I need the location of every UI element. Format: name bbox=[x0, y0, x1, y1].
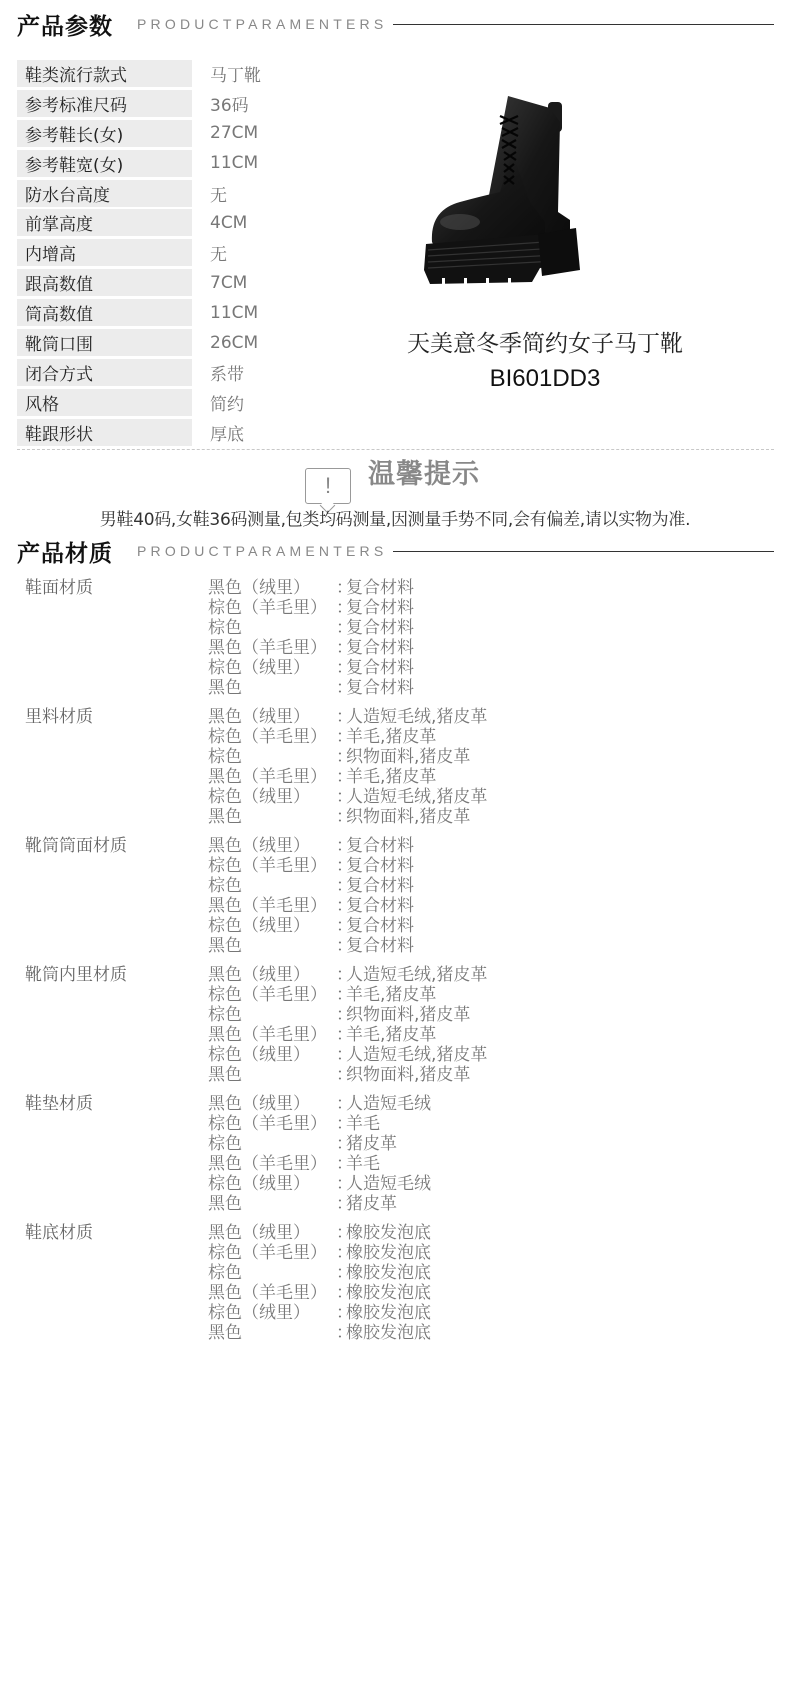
material-colon: ： bbox=[336, 767, 346, 787]
material-line: 黑色（羊毛里）：羊毛,猪皮革 bbox=[208, 1025, 487, 1045]
material-line: 黑色（羊毛里）：复合材料 bbox=[208, 638, 414, 658]
material-colon: ： bbox=[336, 1303, 346, 1323]
material-value: 人造短毛绒,猪皮革 bbox=[346, 965, 487, 985]
material-colon: ： bbox=[336, 1154, 346, 1174]
material-line: 棕色（羊毛里）：橡胶发泡底 bbox=[208, 1243, 431, 1263]
material-value: 复合材料 bbox=[346, 836, 414, 856]
material-colon: ： bbox=[336, 638, 346, 658]
material-variant: 棕色（绒里） bbox=[208, 1174, 336, 1194]
material-variant: 棕色 bbox=[208, 747, 336, 767]
material-variant: 棕色（羊毛里） bbox=[208, 1114, 336, 1134]
material-colon: ： bbox=[336, 836, 346, 856]
param-value: 26CM bbox=[210, 333, 258, 353]
header-rule bbox=[393, 551, 774, 552]
material-variant: 黑色（绒里） bbox=[208, 707, 336, 727]
material-variant: 棕色（绒里） bbox=[208, 1303, 336, 1323]
material-value: 复合材料 bbox=[346, 598, 414, 618]
param-label: 参考鞋宽(女) bbox=[17, 150, 192, 177]
material-variant: 黑色（绒里） bbox=[208, 578, 336, 598]
material-variant: 棕色（羊毛里） bbox=[208, 856, 336, 876]
material-variant: 棕色（羊毛里） bbox=[208, 598, 336, 618]
material-line: 棕色（绒里）：橡胶发泡底 bbox=[208, 1303, 431, 1323]
material-variant: 棕色 bbox=[208, 1005, 336, 1025]
material-variant: 棕色 bbox=[208, 1134, 336, 1154]
material-colon: ： bbox=[336, 1174, 346, 1194]
material-value: 复合材料 bbox=[346, 678, 414, 698]
material-variant: 黑色（绒里） bbox=[208, 1223, 336, 1243]
material-variant: 棕色 bbox=[208, 876, 336, 896]
material-value: 人造短毛绒,猪皮革 bbox=[346, 707, 487, 727]
params-table: 鞋类流行款式马丁靴参考标准尺码36码参考鞋长(女)27CM参考鞋宽(女)11CM… bbox=[17, 60, 317, 449]
material-colon: ： bbox=[336, 727, 346, 747]
param-label: 鞋跟形状 bbox=[17, 419, 192, 446]
material-label: 靴筒筒面材质 bbox=[25, 836, 208, 956]
material-colon: ： bbox=[336, 985, 346, 1005]
material-value: 复合材料 bbox=[346, 658, 414, 678]
material-value: 人造短毛绒 bbox=[346, 1094, 431, 1114]
material-variant: 黑色（绒里） bbox=[208, 1094, 336, 1114]
material-variant: 黑色（羊毛里） bbox=[208, 767, 336, 787]
material-value: 羊毛,猪皮革 bbox=[346, 767, 436, 787]
material-group: 鞋垫材质黑色（绒里）：人造短毛绒棕色（羊毛里）：羊毛棕色：猪皮革黑色（羊毛里）：… bbox=[25, 1094, 765, 1214]
material-value: 复合材料 bbox=[346, 936, 414, 956]
material-line: 棕色：橡胶发泡底 bbox=[208, 1263, 431, 1283]
material-colon: ： bbox=[336, 856, 346, 876]
material-colon: ： bbox=[336, 965, 346, 985]
material-line: 棕色（羊毛里）：羊毛,猪皮革 bbox=[208, 985, 487, 1005]
param-label: 风格 bbox=[17, 389, 192, 416]
product-code: BI601DD3 bbox=[380, 365, 710, 393]
material-variant: 棕色（羊毛里） bbox=[208, 727, 336, 747]
param-row: 筒高数值11CM bbox=[17, 299, 317, 326]
material-colon: ： bbox=[336, 747, 346, 767]
header-rule bbox=[393, 24, 774, 25]
material-lines: 黑色（绒里）：人造短毛绒,猪皮革棕色（羊毛里）：羊毛,猪皮革棕色：织物面料,猪皮… bbox=[208, 707, 487, 827]
material-colon: ： bbox=[336, 1134, 346, 1154]
material-line: 黑色（绒里）：橡胶发泡底 bbox=[208, 1223, 431, 1243]
material-value: 织物面料,猪皮革 bbox=[346, 1065, 470, 1085]
material-line: 黑色：复合材料 bbox=[208, 678, 414, 698]
materials-section-header: 产品材质 PRODUCTPARAMENTERS bbox=[17, 531, 774, 571]
exclamation-mark: ! bbox=[306, 473, 350, 499]
param-row: 参考鞋长(女)27CM bbox=[17, 120, 317, 147]
material-variant: 棕色（绒里） bbox=[208, 1045, 336, 1065]
boot-icon bbox=[420, 92, 610, 292]
product-name: 天美意冬季简约女子马丁靴 bbox=[380, 325, 710, 358]
material-line: 黑色（绒里）：复合材料 bbox=[208, 578, 414, 598]
material-colon: ： bbox=[336, 1065, 346, 1085]
material-lines: 黑色（绒里）：复合材料棕色（羊毛里）：复合材料棕色：复合材料黑色（羊毛里）：复合… bbox=[208, 836, 414, 956]
material-line: 棕色（羊毛里）：羊毛 bbox=[208, 1114, 431, 1134]
material-value: 猪皮革 bbox=[346, 1194, 397, 1214]
param-label: 参考标准尺码 bbox=[17, 90, 192, 117]
material-value: 织物面料,猪皮革 bbox=[346, 1005, 470, 1025]
tip-text: 男鞋40码,女鞋36码测量,包类均码测量,因测量手势不同,会有偏差,请以实物为准… bbox=[0, 505, 790, 530]
materials-section-subtitle: PRODUCTPARAMENTERS bbox=[137, 543, 387, 559]
dashed-divider bbox=[17, 449, 774, 450]
material-group: 里料材质黑色（绒里）：人造短毛绒,猪皮革棕色（羊毛里）：羊毛,猪皮革棕色：织物面… bbox=[25, 707, 765, 827]
material-group: 鞋底材质黑色（绒里）：橡胶发泡底棕色（羊毛里）：橡胶发泡底棕色：橡胶发泡底黑色（… bbox=[25, 1223, 765, 1343]
material-colon: ： bbox=[336, 807, 346, 827]
material-line: 黑色：织物面料,猪皮革 bbox=[208, 807, 487, 827]
param-value: 11CM bbox=[210, 153, 258, 173]
param-value: 7CM bbox=[210, 273, 247, 293]
material-colon: ： bbox=[336, 618, 346, 638]
param-label: 闭合方式 bbox=[17, 359, 192, 386]
material-variant: 黑色 bbox=[208, 1323, 336, 1343]
material-value: 织物面料,猪皮革 bbox=[346, 807, 470, 827]
material-variant: 黑色 bbox=[208, 678, 336, 698]
material-label: 鞋底材质 bbox=[25, 1223, 208, 1343]
material-variant: 黑色（羊毛里） bbox=[208, 1025, 336, 1045]
material-colon: ： bbox=[336, 916, 346, 936]
material-value: 复合材料 bbox=[346, 578, 414, 598]
material-lines: 黑色（绒里）：人造短毛绒棕色（羊毛里）：羊毛棕色：猪皮革黑色（羊毛里）：羊毛棕色… bbox=[208, 1094, 431, 1214]
material-value: 复合材料 bbox=[346, 896, 414, 916]
param-label: 靴筒口围 bbox=[17, 329, 192, 356]
param-label: 参考鞋长(女) bbox=[17, 120, 192, 147]
material-line: 棕色（绒里）：人造短毛绒,猪皮革 bbox=[208, 787, 487, 807]
material-line: 黑色（羊毛里）：羊毛 bbox=[208, 1154, 431, 1174]
material-colon: ： bbox=[336, 678, 346, 698]
param-row: 靴筒口围26CM bbox=[17, 329, 317, 356]
material-value: 织物面料,猪皮革 bbox=[346, 747, 470, 767]
param-label: 筒高数值 bbox=[17, 299, 192, 326]
material-label: 靴筒内里材质 bbox=[25, 965, 208, 1085]
material-colon: ： bbox=[336, 707, 346, 727]
material-value: 羊毛,猪皮革 bbox=[346, 727, 436, 747]
param-value: 无 bbox=[210, 181, 227, 206]
material-variant: 棕色 bbox=[208, 618, 336, 638]
material-lines: 黑色（绒里）：人造短毛绒,猪皮革棕色（羊毛里）：羊毛,猪皮革棕色：织物面料,猪皮… bbox=[208, 965, 487, 1085]
param-label: 前掌高度 bbox=[17, 209, 192, 236]
material-colon: ： bbox=[336, 1194, 346, 1214]
material-line: 黑色：织物面料,猪皮革 bbox=[208, 1065, 487, 1085]
material-line: 棕色：织物面料,猪皮革 bbox=[208, 1005, 487, 1025]
material-colon: ： bbox=[336, 1243, 346, 1263]
material-variant: 黑色 bbox=[208, 936, 336, 956]
material-value: 人造短毛绒 bbox=[346, 1174, 431, 1194]
material-colon: ： bbox=[336, 1114, 346, 1134]
material-line: 棕色（绒里）：人造短毛绒 bbox=[208, 1174, 431, 1194]
exclamation-speech-bubble-icon: ! bbox=[305, 468, 351, 504]
material-colon: ： bbox=[336, 578, 346, 598]
param-value: 马丁靴 bbox=[210, 61, 261, 86]
param-row: 内增高无 bbox=[17, 239, 317, 266]
param-row: 风格简约 bbox=[17, 389, 317, 416]
param-value: 厚底 bbox=[210, 420, 244, 445]
material-line: 棕色（绒里）：人造短毛绒,猪皮革 bbox=[208, 1045, 487, 1065]
material-line: 棕色（绒里）：复合材料 bbox=[208, 658, 414, 678]
param-label: 鞋类流行款式 bbox=[17, 60, 192, 87]
material-variant: 黑色（羊毛里） bbox=[208, 1283, 336, 1303]
material-line: 黑色：复合材料 bbox=[208, 936, 414, 956]
material-colon: ： bbox=[336, 1094, 346, 1114]
materials-section-title: 产品材质 bbox=[17, 535, 113, 568]
param-value: 11CM bbox=[210, 303, 258, 323]
param-label: 内增高 bbox=[17, 239, 192, 266]
material-colon: ： bbox=[336, 876, 346, 896]
param-row: 鞋类流行款式马丁靴 bbox=[17, 60, 317, 87]
param-value: 系带 bbox=[210, 360, 244, 385]
param-value: 27CM bbox=[210, 123, 258, 143]
material-variant: 黑色 bbox=[208, 807, 336, 827]
param-row: 闭合方式系带 bbox=[17, 359, 317, 386]
param-value: 36码 bbox=[210, 91, 249, 116]
material-variant: 黑色（羊毛里） bbox=[208, 638, 336, 658]
material-lines: 黑色（绒里）：橡胶发泡底棕色（羊毛里）：橡胶发泡底棕色：橡胶发泡底黑色（羊毛里）… bbox=[208, 1223, 431, 1343]
material-line: 黑色（羊毛里）：羊毛,猪皮革 bbox=[208, 767, 487, 787]
material-variant: 黑色（绒里） bbox=[208, 965, 336, 985]
material-colon: ： bbox=[336, 1263, 346, 1283]
material-value: 人造短毛绒,猪皮革 bbox=[346, 787, 487, 807]
material-line: 黑色（绒里）：复合材料 bbox=[208, 836, 414, 856]
material-group: 鞋面材质黑色（绒里）：复合材料棕色（羊毛里）：复合材料棕色：复合材料黑色（羊毛里… bbox=[25, 578, 765, 698]
material-value: 复合材料 bbox=[346, 876, 414, 896]
material-colon: ： bbox=[336, 598, 346, 618]
material-value: 猪皮革 bbox=[346, 1134, 397, 1154]
param-row: 跟高数值7CM bbox=[17, 269, 317, 296]
material-variant: 棕色（羊毛里） bbox=[208, 1243, 336, 1263]
params-section-header: 产品参数 PRODUCTPARAMENTERS bbox=[17, 4, 774, 44]
material-line: 棕色：猪皮革 bbox=[208, 1134, 431, 1154]
material-variant: 棕色（绒里） bbox=[208, 916, 336, 936]
material-value: 橡胶发泡底 bbox=[346, 1223, 431, 1243]
material-line: 黑色（羊毛里）：橡胶发泡底 bbox=[208, 1283, 431, 1303]
material-value: 羊毛,猪皮革 bbox=[346, 985, 436, 1005]
material-colon: ： bbox=[336, 1283, 346, 1303]
param-value: 4CM bbox=[210, 213, 247, 233]
material-colon: ： bbox=[336, 1323, 346, 1343]
material-line: 黑色（羊毛里）：复合材料 bbox=[208, 896, 414, 916]
material-line: 黑色（绒里）：人造短毛绒,猪皮革 bbox=[208, 965, 487, 985]
material-value: 复合材料 bbox=[346, 916, 414, 936]
param-row: 鞋跟形状厚底 bbox=[17, 419, 317, 446]
param-label: 防水台高度 bbox=[17, 180, 192, 207]
material-value: 橡胶发泡底 bbox=[346, 1263, 431, 1283]
product-image bbox=[420, 92, 610, 292]
material-line: 棕色（羊毛里）：羊毛,猪皮革 bbox=[208, 727, 487, 747]
param-row: 防水台高度无 bbox=[17, 180, 317, 207]
material-value: 复合材料 bbox=[346, 638, 414, 658]
material-variant: 黑色（绒里） bbox=[208, 836, 336, 856]
material-colon: ： bbox=[336, 1005, 346, 1025]
material-group: 靴筒筒面材质黑色（绒里）：复合材料棕色（羊毛里）：复合材料棕色：复合材料黑色（羊… bbox=[25, 836, 765, 956]
param-value: 简约 bbox=[210, 390, 244, 415]
material-value: 复合材料 bbox=[346, 856, 414, 876]
param-value: 无 bbox=[210, 240, 227, 265]
params-section-title: 产品参数 bbox=[17, 8, 113, 41]
material-value: 橡胶发泡底 bbox=[346, 1283, 431, 1303]
material-variant: 黑色 bbox=[208, 1194, 336, 1214]
material-value: 复合材料 bbox=[346, 618, 414, 638]
param-row: 参考鞋宽(女)11CM bbox=[17, 150, 317, 177]
material-colon: ： bbox=[336, 896, 346, 916]
material-line: 黑色（绒里）：人造短毛绒 bbox=[208, 1094, 431, 1114]
material-variant: 黑色（羊毛里） bbox=[208, 896, 336, 916]
material-variant: 棕色（绒里） bbox=[208, 787, 336, 807]
material-label: 鞋垫材质 bbox=[25, 1094, 208, 1214]
material-line: 棕色（羊毛里）：复合材料 bbox=[208, 598, 414, 618]
material-line: 黑色（绒里）：人造短毛绒,猪皮革 bbox=[208, 707, 487, 727]
material-variant: 黑色（羊毛里） bbox=[208, 1154, 336, 1174]
material-colon: ： bbox=[336, 936, 346, 956]
material-variant: 棕色（羊毛里） bbox=[208, 985, 336, 1005]
material-value: 橡胶发泡底 bbox=[346, 1323, 431, 1343]
material-line: 黑色：猪皮革 bbox=[208, 1194, 431, 1214]
param-label: 跟高数值 bbox=[17, 269, 192, 296]
material-value: 橡胶发泡底 bbox=[346, 1303, 431, 1323]
material-variant: 棕色（绒里） bbox=[208, 658, 336, 678]
material-group: 靴筒内里材质黑色（绒里）：人造短毛绒,猪皮革棕色（羊毛里）：羊毛,猪皮革棕色：织… bbox=[25, 965, 765, 1085]
material-colon: ： bbox=[336, 1025, 346, 1045]
material-line: 棕色（羊毛里）：复合材料 bbox=[208, 856, 414, 876]
material-colon: ： bbox=[336, 787, 346, 807]
tip-title: 温馨提示 bbox=[368, 452, 480, 491]
material-line: 棕色（绒里）：复合材料 bbox=[208, 916, 414, 936]
material-line: 黑色：橡胶发泡底 bbox=[208, 1323, 431, 1343]
material-value: 橡胶发泡底 bbox=[346, 1243, 431, 1263]
material-value: 羊毛 bbox=[346, 1114, 380, 1134]
material-variant: 棕色 bbox=[208, 1263, 336, 1283]
material-value: 羊毛 bbox=[346, 1154, 380, 1174]
material-label: 里料材质 bbox=[25, 707, 208, 827]
material-label: 鞋面材质 bbox=[25, 578, 208, 698]
material-value: 人造短毛绒,猪皮革 bbox=[346, 1045, 487, 1065]
material-lines: 黑色（绒里）：复合材料棕色（羊毛里）：复合材料棕色：复合材料黑色（羊毛里）：复合… bbox=[208, 578, 414, 698]
params-section-subtitle: PRODUCTPARAMENTERS bbox=[137, 16, 387, 32]
material-line: 棕色：复合材料 bbox=[208, 618, 414, 638]
materials-list: 鞋面材质黑色（绒里）：复合材料棕色（羊毛里）：复合材料棕色：复合材料黑色（羊毛里… bbox=[25, 578, 765, 1352]
param-row: 参考标准尺码36码 bbox=[17, 90, 317, 117]
material-line: 棕色：复合材料 bbox=[208, 876, 414, 896]
material-variant: 黑色 bbox=[208, 1065, 336, 1085]
material-line: 棕色：织物面料,猪皮革 bbox=[208, 747, 487, 767]
material-colon: ： bbox=[336, 658, 346, 678]
material-colon: ： bbox=[336, 1223, 346, 1243]
material-value: 羊毛,猪皮革 bbox=[346, 1025, 436, 1045]
material-colon: ： bbox=[336, 1045, 346, 1065]
param-row: 前掌高度4CM bbox=[17, 209, 317, 236]
